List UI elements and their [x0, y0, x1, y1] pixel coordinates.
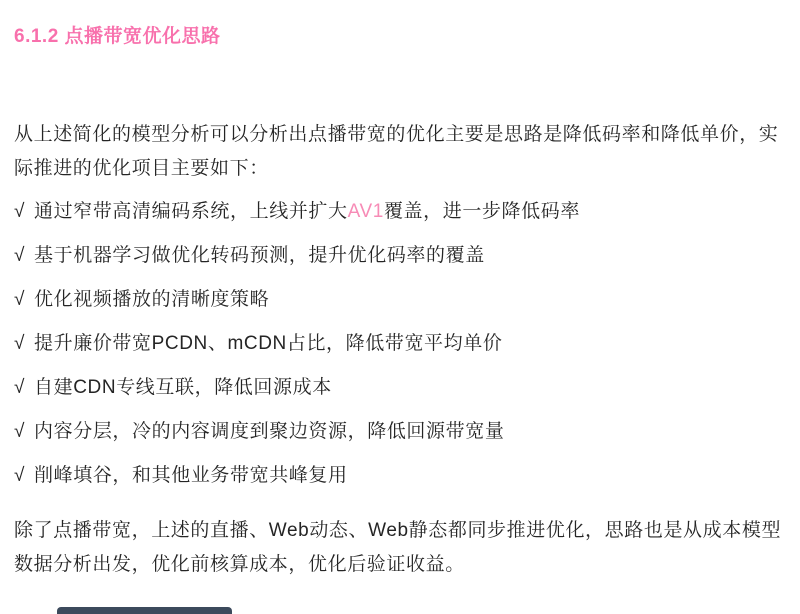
- cropped-bottom-image: [57, 607, 232, 614]
- list-item: √提升廉价带宽PCDN、mCDN占比，降低带宽平均单价: [14, 327, 784, 361]
- list-item: √削峰填谷，和其他业务带宽共峰复用: [14, 459, 784, 493]
- check-icon: √: [14, 283, 25, 317]
- check-icon: √: [14, 415, 25, 449]
- list-item: √基于机器学习做优化转码预测，提升优化码率的覆盖: [14, 239, 784, 273]
- outro-paragraph: 除了点播带宽，上述的直播、Web动态、Web静态都同步推进优化，思路也是从成本模…: [14, 514, 784, 582]
- list-item: √自建CDN专线互联，降低回源成本: [14, 371, 784, 405]
- list-item-text: 内容分层，冷的内容调度到聚边资源，降低回源带宽量: [34, 421, 504, 442]
- check-icon: √: [14, 459, 25, 493]
- list-item-text: 削峰填谷，和其他业务带宽共峰复用: [34, 465, 348, 486]
- intro-paragraph: 从上述简化的模型分析可以分析出点播带宽的优化主要是思路是降低码率和降低单价，实际…: [14, 118, 784, 186]
- article-page: 6.1.2 点播带宽优化思路 从上述简化的模型分析可以分析出点播带宽的优化主要是…: [0, 0, 800, 614]
- check-icon: √: [14, 239, 25, 273]
- list-item-text: 自建CDN专线互联，降低回源成本: [34, 377, 332, 398]
- check-icon: √: [14, 327, 25, 361]
- list-item-text: 基于机器学习做优化转码预测，提升优化码率的覆盖: [34, 245, 485, 266]
- check-icon: √: [14, 195, 25, 229]
- list-item-text: 覆盖，进一步降低码率: [384, 201, 580, 222]
- list-item: √优化视频播放的清晰度策略: [14, 283, 784, 317]
- list-item-text: 优化视频播放的清晰度策略: [34, 289, 269, 310]
- highlight-text: AV1: [348, 201, 384, 222]
- list-item: √通过窄带高清编码系统，上线并扩大AV1覆盖，进一步降低码率: [14, 195, 784, 229]
- section-heading: 6.1.2 点播带宽优化思路: [14, 21, 784, 48]
- optimization-list: √通过窄带高清编码系统，上线并扩大AV1覆盖，进一步降低码率 √基于机器学习做优…: [14, 195, 784, 493]
- list-item: √内容分层，冷的内容调度到聚边资源，降低回源带宽量: [14, 415, 784, 449]
- check-icon: √: [14, 371, 25, 405]
- list-item-text: 通过窄带高清编码系统，上线并扩大: [34, 201, 348, 222]
- list-item-text: 提升廉价带宽PCDN、mCDN占比，降低带宽平均单价: [34, 333, 502, 354]
